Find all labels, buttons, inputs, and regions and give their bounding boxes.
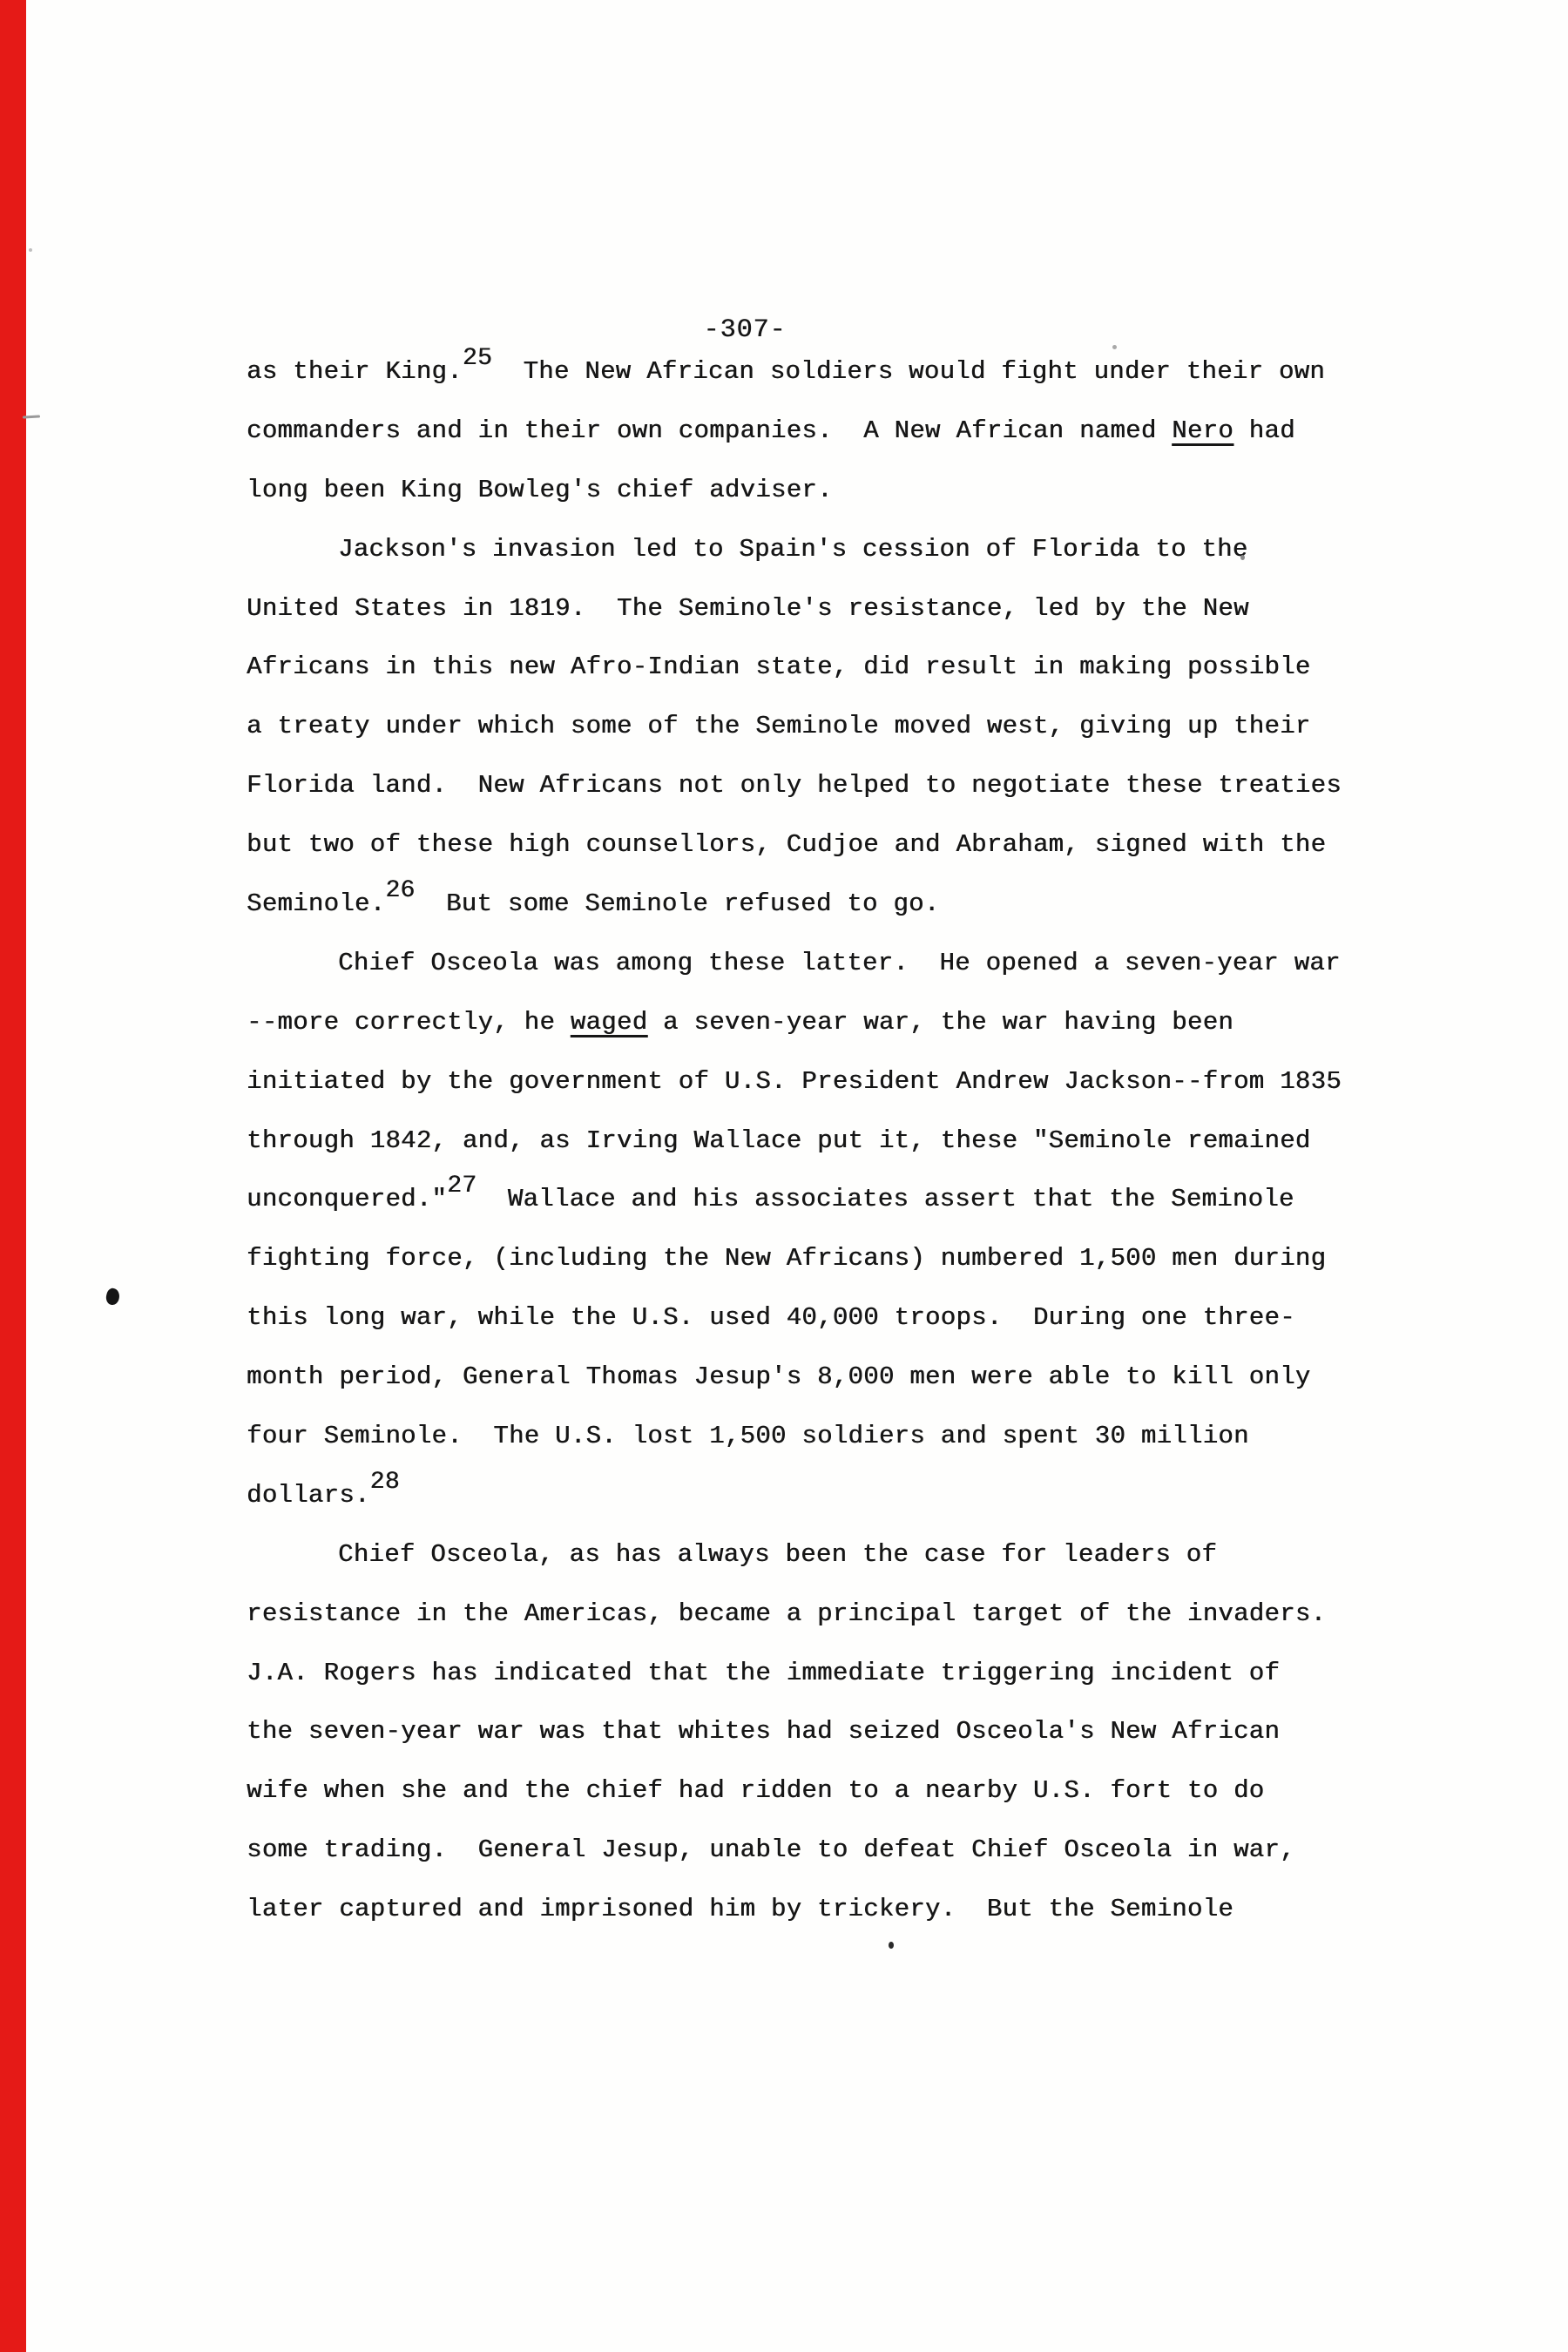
text-line: a treaty under which some of the Seminol… <box>247 697 1414 756</box>
text-segment: a treaty under which some of the Seminol… <box>247 712 1311 740</box>
text-segment: Wallace and his associates assert that t… <box>476 1185 1294 1213</box>
text-segment: had <box>1233 416 1295 445</box>
text-segment: later captured and imprisoned him by tri… <box>247 1895 1233 1923</box>
scan-speck-left-dash <box>23 415 40 418</box>
text-line: the seven-year war was that whites had s… <box>247 1702 1414 1761</box>
scan-speck-top-left <box>29 248 32 252</box>
text-segment: But some Seminole refused to go. <box>416 889 940 918</box>
text-line: United States in 1819. The Seminole's re… <box>247 579 1414 639</box>
text-line: dollars.28 <box>247 1466 1414 1525</box>
text-line: initiated by the government of U.S. Pres… <box>247 1052 1414 1112</box>
text-line: as their King.25 The New African soldier… <box>247 342 1414 402</box>
scan-speck-left-margin-blot <box>105 1287 121 1306</box>
text-segment: Chief Osceola was among these latter. He… <box>338 949 1341 977</box>
text-line: --more correctly, he waged a seven-year … <box>247 993 1414 1052</box>
text-segment: a seven-year war, the war having been <box>647 1008 1233 1037</box>
text-segment: some trading. General Jesup, unable to d… <box>247 1835 1295 1864</box>
text-segment: commanders and in their own companies. A… <box>247 416 1172 445</box>
text-segment: but two of these high counsellors, Cudjo… <box>247 830 1326 859</box>
text-segment: Seminole. <box>247 889 385 918</box>
document-page: -307- as their King.25 The New African s… <box>0 0 1568 2352</box>
text-line: month period, General Thomas Jesup's 8,0… <box>247 1348 1414 1407</box>
text-segment: resistance in the Americas, became a pri… <box>247 1599 1326 1628</box>
text-line: Florida land. New Africans not only help… <box>247 756 1414 815</box>
text-segment: wife when she and the chief had ridden t… <box>247 1776 1264 1805</box>
text-line: wife when she and the chief had ridden t… <box>247 1761 1414 1821</box>
text-line: Chief Osceola was among these latter. He… <box>247 934 1414 993</box>
text-segment: Africans in this new Afro-Indian state, … <box>247 652 1311 681</box>
text-segment: through 1842, and, as Irving Wallace put… <box>247 1126 1311 1155</box>
text-segment: waged <box>571 1008 648 1037</box>
text-segment: unconquered." <box>247 1185 447 1213</box>
text-segment: as their King. <box>247 357 463 386</box>
scan-edge-red-bar <box>0 0 26 2352</box>
text-line: J.A. Rogers has indicated that the immed… <box>247 1644 1414 1703</box>
text-line: this long war, while the U.S. used 40,00… <box>247 1288 1414 1348</box>
page-number: -307- <box>0 315 1490 345</box>
text-segment: --more correctly, he <box>247 1008 571 1037</box>
text-line: commanders and in their own companies. A… <box>247 402 1414 461</box>
text-segment: long been King Bowleg's chief adviser. <box>247 476 833 504</box>
text-segment: Nero <box>1172 416 1233 445</box>
text-segment: Florida land. New Africans not only help… <box>247 771 1342 800</box>
text-segment: initiated by the government of U.S. Pres… <box>247 1067 1342 1096</box>
text-line: Africans in this new Afro-Indian state, … <box>247 638 1414 697</box>
text-line: Jackson's invasion led to Spain's cessio… <box>247 520 1414 579</box>
text-segment: The New African soldiers would fight und… <box>492 357 1325 386</box>
scan-speck-after-page-number <box>1112 345 1117 349</box>
text-line: some trading. General Jesup, unable to d… <box>247 1821 1414 1880</box>
text-segment: Jackson's invasion led to Spain's cessio… <box>338 535 1247 564</box>
text-segment: Chief Osceola, as has always been the ca… <box>338 1540 1217 1569</box>
text-segment: month period, General Thomas Jesup's 8,0… <box>247 1362 1311 1391</box>
text-segment: United States in 1819. The Seminole's re… <box>247 594 1249 623</box>
footnote-superscript: 25 <box>463 329 492 389</box>
text-segment: four Seminole. The U.S. lost 1,500 soldi… <box>247 1422 1249 1450</box>
scan-speck-below-trickery <box>889 1942 894 1949</box>
text-line: Chief Osceola, as has always been the ca… <box>247 1525 1414 1585</box>
text-line: fighting force, (including the New Afric… <box>247 1229 1414 1288</box>
scan-speck-end-of-line-4 <box>1240 555 1245 560</box>
footnote-superscript: 27 <box>447 1157 476 1216</box>
text-segment: dollars. <box>247 1481 370 1510</box>
text-segment: J.A. Rogers has indicated that the immed… <box>247 1659 1280 1687</box>
text-line: unconquered."27 Wallace and his associat… <box>247 1170 1414 1229</box>
text-segment: the seven-year war was that whites had s… <box>247 1717 1280 1746</box>
text-line: through 1842, and, as Irving Wallace put… <box>247 1112 1414 1171</box>
footnote-superscript: 28 <box>370 1453 400 1512</box>
text-segment: fighting force, (including the New Afric… <box>247 1244 1326 1273</box>
body-text: as their King.25 The New African soldier… <box>247 342 1414 1939</box>
text-line: later captured and imprisoned him by tri… <box>247 1880 1414 1939</box>
text-line: but two of these high counsellors, Cudjo… <box>247 815 1414 875</box>
text-line: Seminole.26 But some Seminole refused to… <box>247 875 1414 934</box>
text-line: long been King Bowleg's chief adviser. <box>247 461 1414 520</box>
text-segment: this long war, while the U.S. used 40,00… <box>247 1303 1295 1332</box>
text-line: resistance in the Americas, became a pri… <box>247 1585 1414 1644</box>
text-line: four Seminole. The U.S. lost 1,500 soldi… <box>247 1407 1414 1466</box>
footnote-superscript: 26 <box>385 862 415 921</box>
